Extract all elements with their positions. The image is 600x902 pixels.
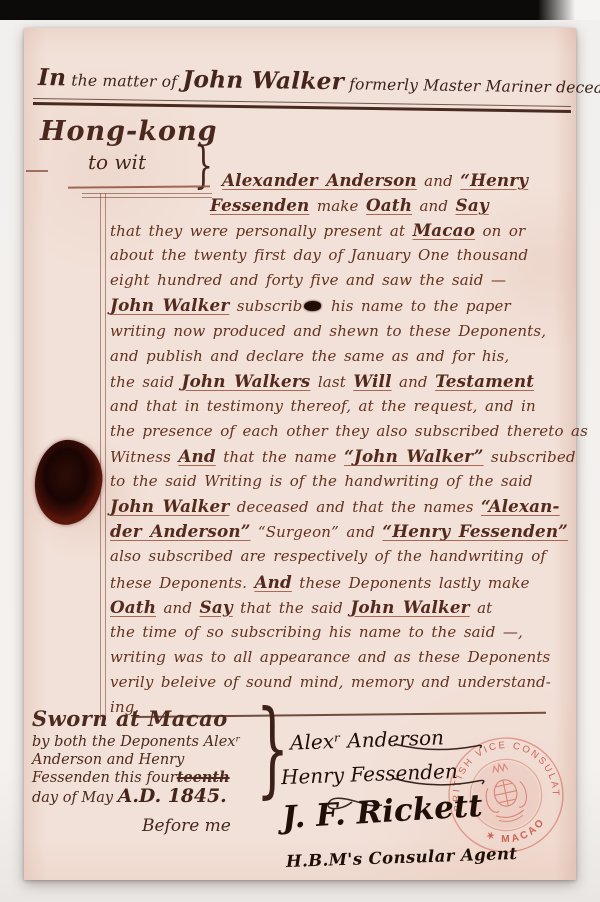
text-segment: and [156,599,200,617]
body-line: to the said Writing is of the handwritin… [110,469,572,494]
header-rule-thick [33,102,571,113]
body-line: the time of so subscribing his name to t… [110,620,572,645]
text-segment: And [254,572,291,592]
text-segment: and publish and declare the same as and … [110,347,509,365]
body-line: Alexander Anderson and “Henry [110,168,572,193]
body-line: also subscribed are respectively of the … [110,544,572,569]
text-segment: And [178,446,215,466]
text-segment: “Alexan- [481,496,560,516]
body-line: and that in testimony thereof, at the re… [110,394,572,419]
body-lines: Alexander Anderson and “HenryFessenden m… [110,168,572,720]
consular-agent-title: H.B.M's Consular Agent [286,844,518,871]
text-segment: the said [110,373,182,391]
text-segment: writing now produced and shewn to these … [110,322,546,340]
text-segment: der Anderson” [110,521,251,541]
body-line: Oath and Say that the said John Walker a… [110,595,572,620]
body-line: Witness And that the name “John Walker” … [110,444,572,469]
body-line: writing was to all appearance and as the… [110,645,572,670]
text-segment: Macao [413,220,475,240]
text-segment: “Henry Fessenden” [382,521,568,541]
text-segment: that the said [233,599,351,617]
text-segment: Witness [110,448,178,466]
text-segment: by both the Deponents Alexʳ [32,734,240,750]
body-line: about the twenty first day of January On… [110,243,572,268]
text-segment: Testament [435,371,534,391]
scan-edge-top-fade [538,0,600,20]
text-segment: also subscribed are respectively of the … [110,547,546,565]
text-segment: verily beleive of sound mind, memory and… [110,673,551,691]
text-segment: Anderson and Henry [32,752,184,768]
body-line: Fessenden make Oath and Say [110,193,572,218]
text-segment: John Walker [350,597,469,617]
text-segment: formerly Master Mariner deceased [344,75,600,97]
text-segment: eight hundred and forty five and saw the… [110,271,506,289]
body-line: these Deponents. And these Deponents las… [110,570,572,595]
margin-dash [26,170,48,172]
text-segment: A.D. 1845. [118,785,227,807]
text-segment: at [470,599,493,617]
jurisdiction-heading: Hong-kong [40,116,217,147]
text-segment: the presence of each other they also sub… [110,422,588,440]
body-line: and publish and declare the same as and … [110,344,572,369]
signature-fessenden: Henry Fessenden [281,759,458,789]
text-segment: “Henry [460,170,528,190]
text-segment: teenth [177,769,230,786]
text-segment: on or [475,222,525,240]
text-segment: these Deponents lastly make [292,574,530,592]
jurat-line: Sworn at Macao [32,704,282,734]
text-segment: that the name [216,448,344,466]
text-segment: his name to the paper [324,297,511,315]
text-segment: Macao [148,706,228,731]
jurat-block: Sworn at Macaoby both the Deponents Alex… [32,704,282,807]
text-segment: John Walker [110,496,229,516]
text-segment: Oath [366,195,412,215]
text-segment: Fessenden [210,195,309,215]
text-segment: and [417,172,461,190]
document-page: In the matter of John Walker formerly Ma… [24,28,576,880]
body-line: verily beleive of sound mind, memory and… [110,670,572,695]
before-me-label: Before me [142,816,231,836]
body-line: eight hundred and forty five and saw the… [110,268,572,293]
body-line: John Walker deceased and that the names … [110,494,572,519]
text-segment: that they were personally present at [110,222,413,240]
jurat-line: by both the Deponents Alexʳ [32,734,282,752]
wax-seal [31,437,107,529]
text-segment: make [309,197,366,215]
left-margin-rule [105,193,106,720]
body-line: writing now produced and shewn to these … [110,319,572,344]
text-segment: “Surgeon” and [251,523,383,541]
body-line: that they were personally present at Mac… [110,218,572,243]
text-segment: the time of so subscribing his name to t… [110,623,523,641]
text-segment: Will [353,371,391,391]
text-segment: “John Walker” [344,446,484,466]
text-segment: and [412,197,456,215]
text-segment: writing was to all appearance and as the… [110,648,550,666]
text-segment: In [38,64,67,91]
text-segment: these Deponents. [110,574,254,592]
text-segment: and [392,373,436,391]
text-segment: Say [200,597,233,617]
jurat-line: Anderson and Henry [32,752,282,770]
signature-anderson: Alexʳ Anderson [290,725,445,754]
body-line: John Walker subscrib his name to the pap… [110,293,572,318]
jurat-line: day of May A.D. 1845. [32,788,282,808]
text-segment: John Walker [182,66,344,95]
body-line: der Anderson” “Surgeon” and “Henry Fesse… [110,519,572,544]
text-segment: John Walkers [182,371,311,391]
text-segment: to the said Writing is of the handwritin… [110,472,533,490]
text-segment: Say [456,195,489,215]
scan-edge-top [0,0,540,20]
text-segment: at [108,706,148,731]
text-segment: last [310,373,353,391]
text-segment: day of May [32,790,118,806]
text-segment: subscrib [229,297,302,315]
left-margin-rule [100,193,101,720]
text-segment: John Walker [110,295,229,315]
text-segment: deceased and that the names [229,498,481,516]
ink-blot [304,301,321,311]
text-segment: and that in testimony thereof, at the re… [110,397,536,415]
text-segment: subscribed [484,448,576,466]
body-line: the said John Walkers last Will and Test… [110,369,572,394]
text-segment: Oath [110,597,156,617]
text-segment: about the twenty first day of January On… [110,246,528,264]
body-line: the presence of each other they also sub… [110,419,572,444]
text-segment: the matter of [66,71,182,91]
case-title: In the matter of John Walker formerly Ma… [38,64,572,98]
text-segment: Sworn [32,706,108,731]
text-segment: Alexander Anderson [222,170,417,190]
